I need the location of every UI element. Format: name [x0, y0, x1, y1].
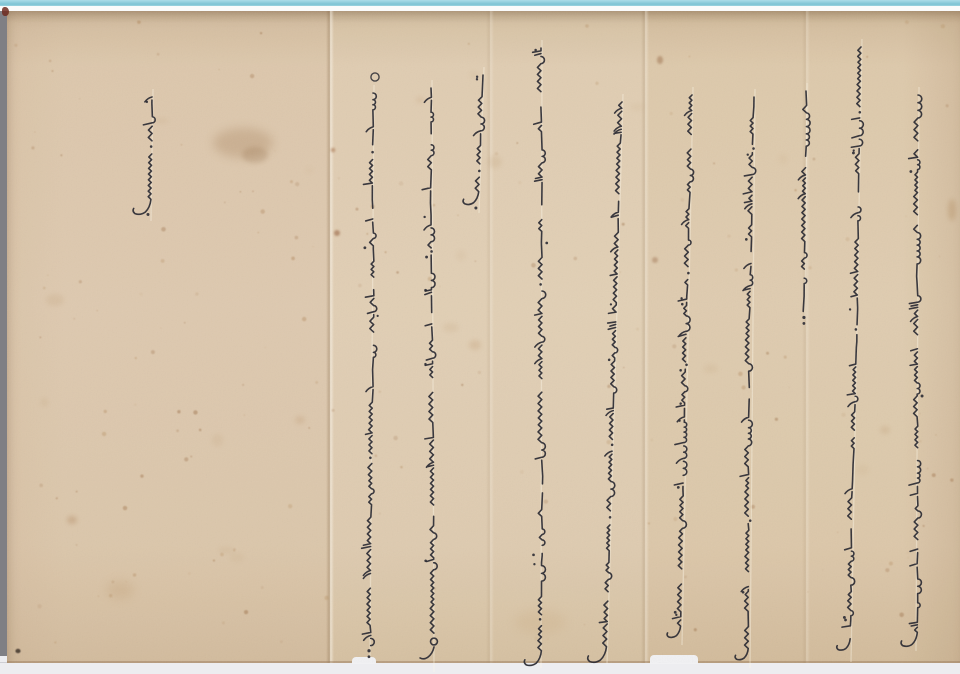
scanner-strip-white [0, 6, 960, 11]
paper-edge-notch [650, 655, 698, 664]
fold-panel-tint [330, 11, 645, 663]
fold-crease [641, 11, 649, 663]
fold-crease [802, 11, 810, 663]
manuscript-paper [7, 11, 960, 663]
fold-crease [326, 11, 334, 663]
paper-edge-notch [352, 657, 376, 664]
scanner-left-band [0, 0, 7, 656]
corner-mark [2, 7, 9, 16]
fold-crease [486, 11, 494, 663]
scanned-document [0, 0, 960, 674]
fold-panel-tint [645, 11, 960, 663]
fold-panel-tint [7, 11, 330, 663]
scanner-bottom-strip [0, 662, 960, 674]
